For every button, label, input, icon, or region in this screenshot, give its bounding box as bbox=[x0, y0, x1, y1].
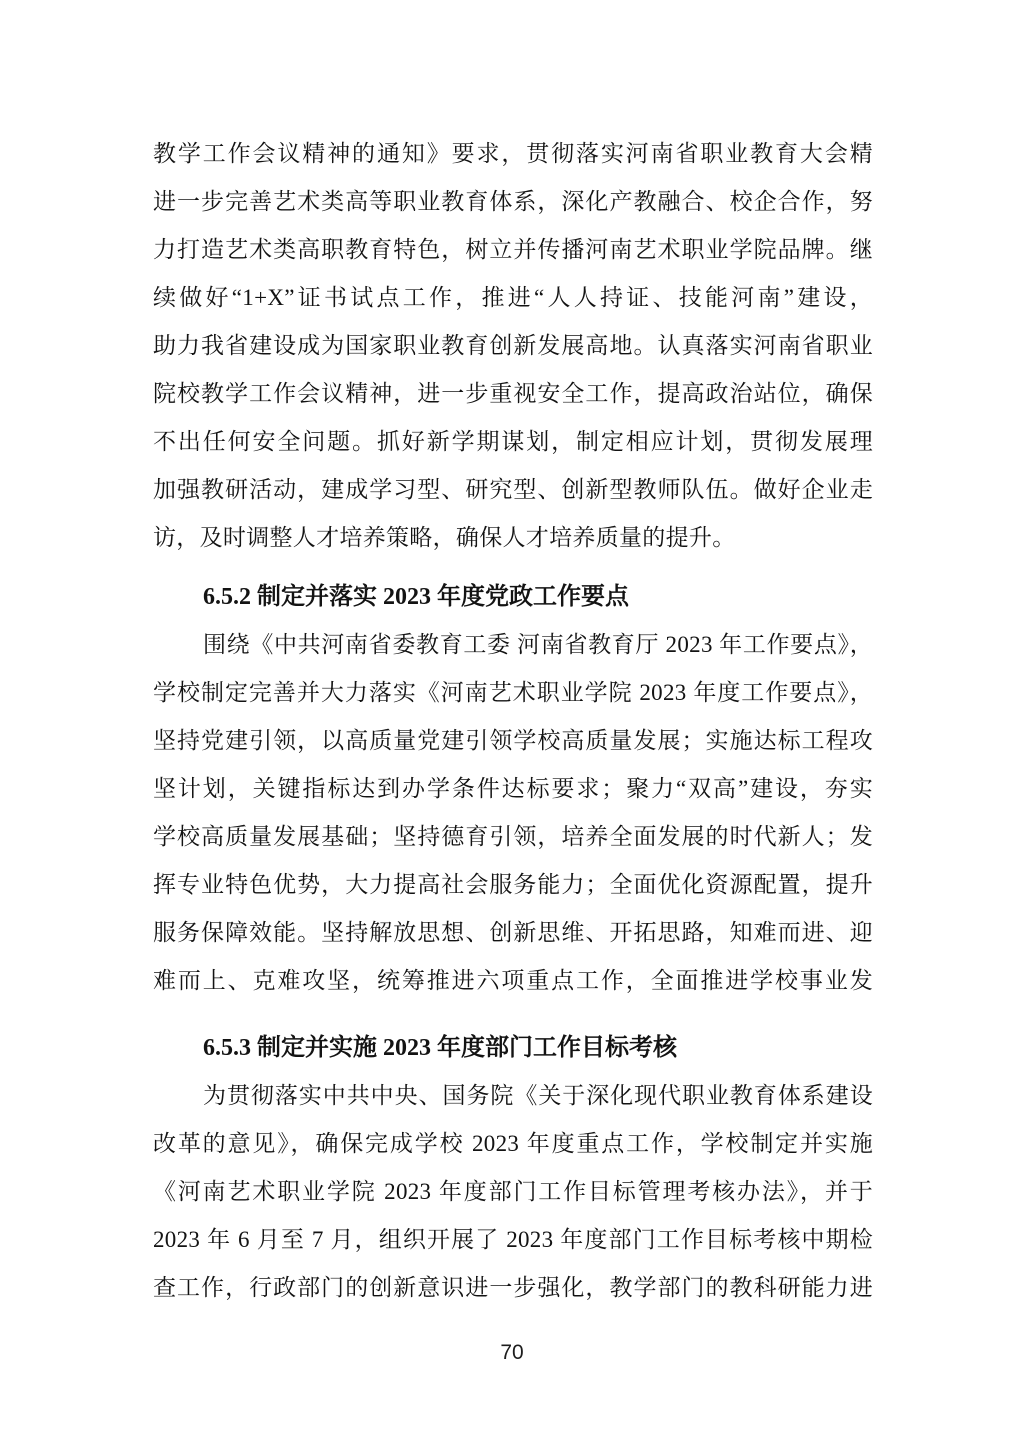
body-text-line: 难而上、克难攻坚，统筹推进六项重点工作，全面推进学校事业发展。 bbox=[153, 957, 873, 1005]
body-text-line: 不出任何安全问题。抓好新学期谋划，制定相应计划，贯彻发展理念。 bbox=[153, 418, 873, 466]
body-text-line: 访，及时调整人才培养策略，确保人才培养质量的提升。 bbox=[153, 514, 873, 562]
page-body: 教学工作会议精神的通知》要求，贯彻落实河南省职业教育大会精神。 进一步完善艺术类… bbox=[153, 130, 873, 1312]
body-text-line: 学校制定完善并大力落实《河南艺术职业学院 2023 年度工作要点》， bbox=[153, 669, 873, 717]
body-text-line: 坚计划，关键指标达到办学条件达标要求；聚力“双高”建设，夯实 bbox=[153, 765, 873, 813]
body-text-line: 服务保障效能。坚持解放思想、创新思维、开拓思路，知难而进、迎 bbox=[153, 909, 873, 957]
body-text-line: 教学工作会议精神的通知》要求，贯彻落实河南省职业教育大会精神。 bbox=[153, 130, 873, 178]
document-page: 教学工作会议精神的通知》要求，贯彻落实河南省职业教育大会精神。 进一步完善艺术类… bbox=[0, 0, 1024, 1447]
body-text-line: 坚持党建引领，以高质量党建引领学校高质量发展；实施达标工程攻 bbox=[153, 717, 873, 765]
body-text-line: 改革的意见》，确保完成学校 2023 年度重点工作，学校制定并实施 bbox=[153, 1120, 873, 1168]
body-text-line: 续做好“1+X”证书试点工作，推进“人人持证、技能河南”建设， bbox=[153, 274, 873, 322]
body-text-line: 院校教学工作会议精神，进一步重视安全工作，提高政治站位，确保 bbox=[153, 370, 873, 418]
body-text-line: 加强教研活动，建成学习型、研究型、创新型教师队伍。做好企业走 bbox=[153, 466, 873, 514]
section-heading-6-5-3: 6.5.3 制定并实施 2023 年度部门工作目标考核 bbox=[153, 1024, 873, 1072]
body-text-line: 《河南艺术职业学院 2023 年度部门工作目标管理考核办法》，并于 bbox=[153, 1168, 873, 1216]
body-text-line: 助力我省建设成为国家职业教育创新发展高地。认真落实河南省职业 bbox=[153, 322, 873, 370]
body-text-line: 2023 年 6 月至 7 月，组织开展了 2023 年度部门工作目标考核中期检 bbox=[153, 1216, 873, 1264]
body-text-line: 学校高质量发展基础；坚持德育引领，培养全面发展的时代新人；发 bbox=[153, 813, 873, 861]
body-text-line: 挥专业特色优势，大力提高社会服务能力；全面优化资源配置，提升 bbox=[153, 861, 873, 909]
body-text-line: 力打造艺术类高职教育特色，树立并传播河南艺术职业学院品牌。继 bbox=[153, 226, 873, 274]
body-text-line: 为贯彻落实中共中央、国务院《关于深化现代职业教育体系建设 bbox=[153, 1072, 873, 1120]
body-text-line: 围绕《中共河南省委教育工委 河南省教育厅 2023 年工作要点》， bbox=[153, 621, 873, 669]
body-text-line: 进一步完善艺术类高等职业教育体系，深化产教融合、校企合作，努 bbox=[153, 178, 873, 226]
page-footer: 70 bbox=[0, 1341, 1024, 1365]
page-number: 70 bbox=[500, 1341, 523, 1364]
section-heading-6-5-2: 6.5.2 制定并落实 2023 年度党政工作要点 bbox=[153, 573, 873, 621]
body-text-line: 查工作，行政部门的创新意识进一步强化，教学部门的教科研能力进 bbox=[153, 1264, 873, 1312]
